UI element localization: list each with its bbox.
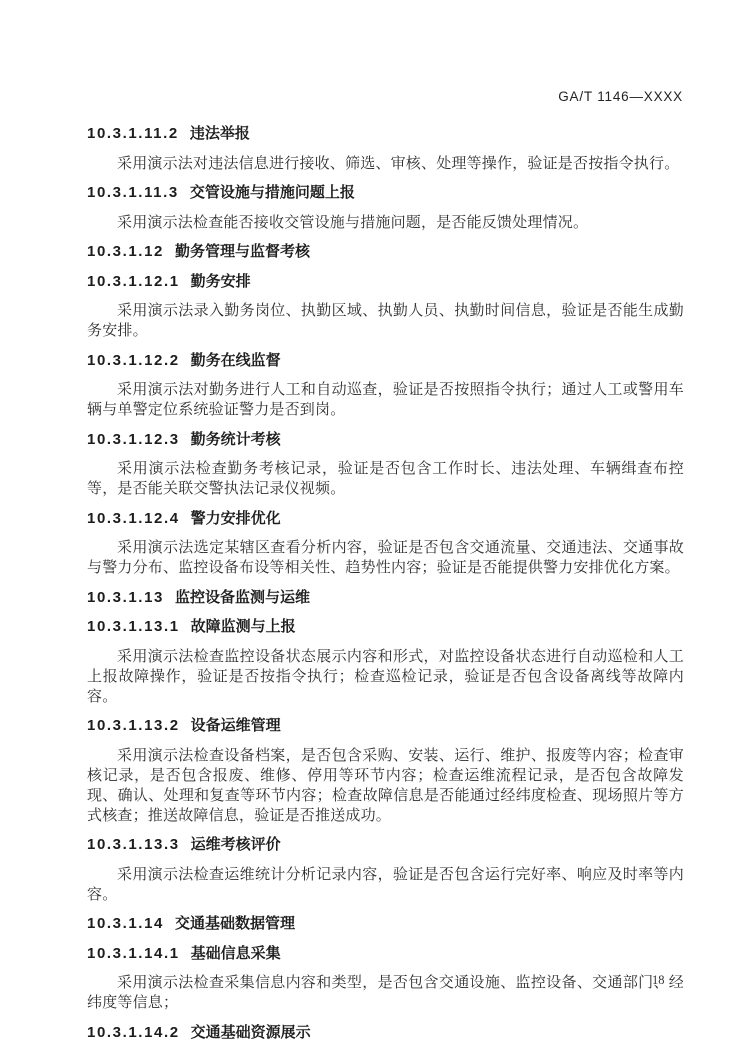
- section-number: 10.3.1.13.3: [87, 836, 180, 853]
- section-title: 交管设施与措施问题上报: [190, 184, 355, 201]
- standard-number: GA/T 1146—XXXX: [558, 89, 683, 104]
- section-title: 勤务统计考核: [191, 431, 281, 448]
- heading-10-3-1-13-2: 10.3.1.13.2设备运维管理: [87, 716, 684, 736]
- heading-10-3-1-13-3: 10.3.1.13.3运维考核评价: [87, 835, 684, 855]
- heading-10-3-1-11-3: 10.3.1.11.3交管设施与措施问题上报: [87, 183, 684, 203]
- section-title: 交通基础数据管理: [175, 915, 295, 932]
- page-footer: 18: [652, 973, 665, 988]
- section-number: 10.3.1.12.1: [87, 273, 180, 290]
- para-10-3-1-14-1: 采用演示法检查采集信息内容和类型，是否包含交通设施、监控设备、交通部门、经纬度等…: [87, 973, 684, 1013]
- section-number: 10.3.1.13.2: [87, 717, 180, 734]
- para-10-3-1-12-4: 采用演示法选定某辖区查看分析内容，验证是否包含交通流量、交通违法、交通事故与警力…: [87, 538, 684, 578]
- para-10-3-1-13-1: 采用演示法检查监控设备状态展示内容和形式，对监控设备状态进行自动巡检和人工上报故…: [87, 647, 684, 707]
- section-title: 监控设备监测与运维: [175, 589, 310, 606]
- section-number: 10.3.1.14: [87, 915, 164, 932]
- para-10-3-1-11-3: 采用演示法检查能否接收交管设施与措施问题，是否能反馈处理情况。: [87, 213, 684, 233]
- section-title: 故障监测与上报: [191, 618, 296, 635]
- section-number: 10.3.1.14.2: [87, 1024, 180, 1041]
- section-number: 10.3.1.11.2: [87, 125, 179, 142]
- section-number: 10.3.1.13: [87, 589, 164, 606]
- document-header: GA/T 1146—XXXX: [87, 89, 683, 104]
- para-10-3-1-13-3: 采用演示法检查运维统计分析记录内容，验证是否包含运行完好率、响应及时率等内容。: [87, 865, 684, 905]
- section-title: 勤务在线监督: [191, 352, 281, 369]
- heading-10-3-1-12: 10.3.1.12勤务管理与监督考核: [87, 242, 684, 262]
- page-number: 18: [652, 973, 665, 987]
- para-10-3-1-11-2: 采用演示法对违法信息进行接收、筛选、审核、处理等操作，验证是否按指令执行。: [87, 154, 684, 174]
- para-10-3-1-13-2: 采用演示法检查设备档案，是否包含采购、安装、运行、维护、报废等内容；检查审核记录…: [87, 746, 684, 826]
- section-number: 10.3.1.12.4: [87, 510, 180, 527]
- para-10-3-1-12-1: 采用演示法录入勤务岗位、执勤区域、执勤人员、执勤时间信息，验证是否能生成勤务安排…: [87, 301, 684, 341]
- heading-10-3-1-13-1: 10.3.1.13.1故障监测与上报: [87, 617, 684, 637]
- heading-10-3-1-12-3: 10.3.1.12.3勤务统计考核: [87, 430, 684, 450]
- heading-10-3-1-11-2: 10.3.1.11.2违法举报: [87, 124, 684, 144]
- heading-10-3-1-14-1: 10.3.1.14.1基础信息采集: [87, 944, 684, 964]
- section-title: 基础信息采集: [191, 945, 281, 962]
- heading-10-3-1-12-1: 10.3.1.12.1勤务安排: [87, 272, 684, 292]
- document-page: GA/T 1146—XXXX 10.3.1.11.2违法举报 采用演示法对违法信…: [0, 0, 750, 1060]
- section-number: 10.3.1.12: [87, 243, 164, 260]
- section-title: 设备运维管理: [191, 717, 281, 734]
- section-number: 10.3.1.13.1: [87, 618, 180, 635]
- section-number: 10.3.1.12.2: [87, 352, 180, 369]
- heading-10-3-1-14-2: 10.3.1.14.2交通基础资源展示: [87, 1023, 684, 1043]
- section-title: 运维考核评价: [191, 836, 281, 853]
- section-title: 交通基础资源展示: [191, 1024, 311, 1041]
- heading-10-3-1-12-2: 10.3.1.12.2勤务在线监督: [87, 351, 684, 371]
- section-title: 勤务安排: [191, 273, 251, 290]
- heading-10-3-1-14: 10.3.1.14交通基础数据管理: [87, 914, 684, 934]
- document-content: 10.3.1.11.2违法举报 采用演示法对违法信息进行接收、筛选、审核、处理等…: [87, 124, 684, 1043]
- heading-10-3-1-12-4: 10.3.1.12.4警力安排优化: [87, 509, 684, 529]
- section-number: 10.3.1.11.3: [87, 184, 179, 201]
- para-10-3-1-12-3: 采用演示法检查勤务考核记录，验证是否包含工作时长、违法处理、车辆缉查布控等，是否…: [87, 459, 684, 499]
- section-title: 警力安排优化: [191, 510, 281, 527]
- section-title: 勤务管理与监督考核: [175, 243, 310, 260]
- heading-10-3-1-13: 10.3.1.13监控设备监测与运维: [87, 588, 684, 608]
- section-number: 10.3.1.12.3: [87, 431, 180, 448]
- para-10-3-1-12-2: 采用演示法对勤务进行人工和自动巡查，验证是否按照指令执行；通过人工或警用车辆与单…: [87, 380, 684, 420]
- section-number: 10.3.1.14.1: [87, 945, 180, 962]
- section-title: 违法举报: [190, 125, 250, 142]
